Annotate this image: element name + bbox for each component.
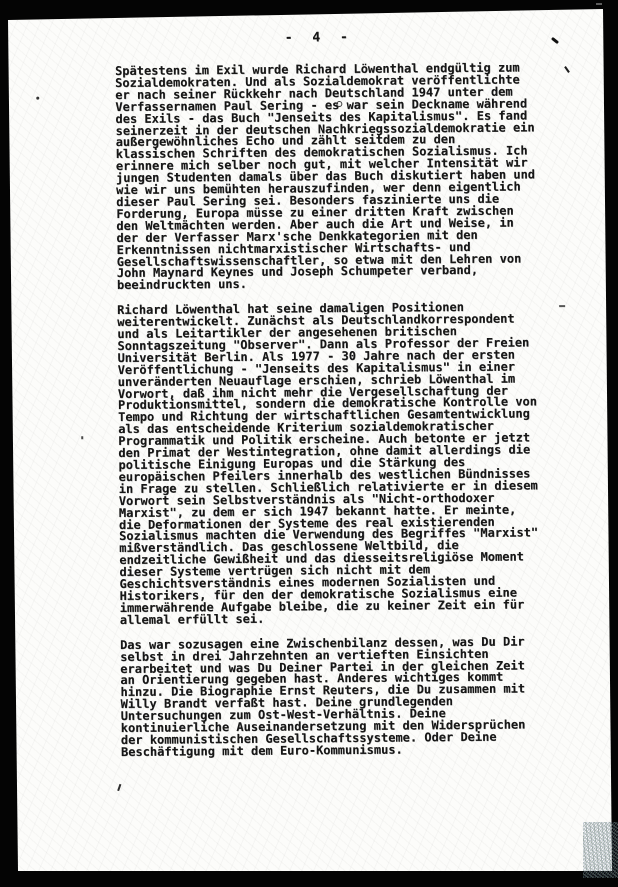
paragraph-3: Das war sozusagen eine Zwischenbilanz de… — [120, 636, 561, 759]
paragraph-2: Richard Löwenthal hat seine damaligen Po… — [117, 301, 560, 626]
document-page: - 4 - Spätestens im Exil wurde Richard L… — [0, 0, 618, 887]
scan-speck — [117, 784, 121, 791]
scan-speck — [81, 436, 83, 439]
scanned-document-screenshot: { "colors": { "background": "#040404", "… — [0, 0, 618, 887]
body-text: Spätestens im Exil wurde Richard Löwenth… — [115, 62, 561, 772]
page-number: - 4 - — [0, 29, 618, 47]
paragraph-1: Spätestens im Exil wurde Richard Löwenth… — [115, 62, 557, 292]
typewritten-content: - 4 - Spätestens im Exil wurde Richard L… — [0, 0, 618, 887]
scan-speck — [336, 101, 342, 107]
scanner-edge-noise — [583, 822, 618, 878]
scan-speck — [596, 3, 602, 5]
scan-speck — [36, 97, 39, 100]
scan-speck — [559, 305, 565, 307]
